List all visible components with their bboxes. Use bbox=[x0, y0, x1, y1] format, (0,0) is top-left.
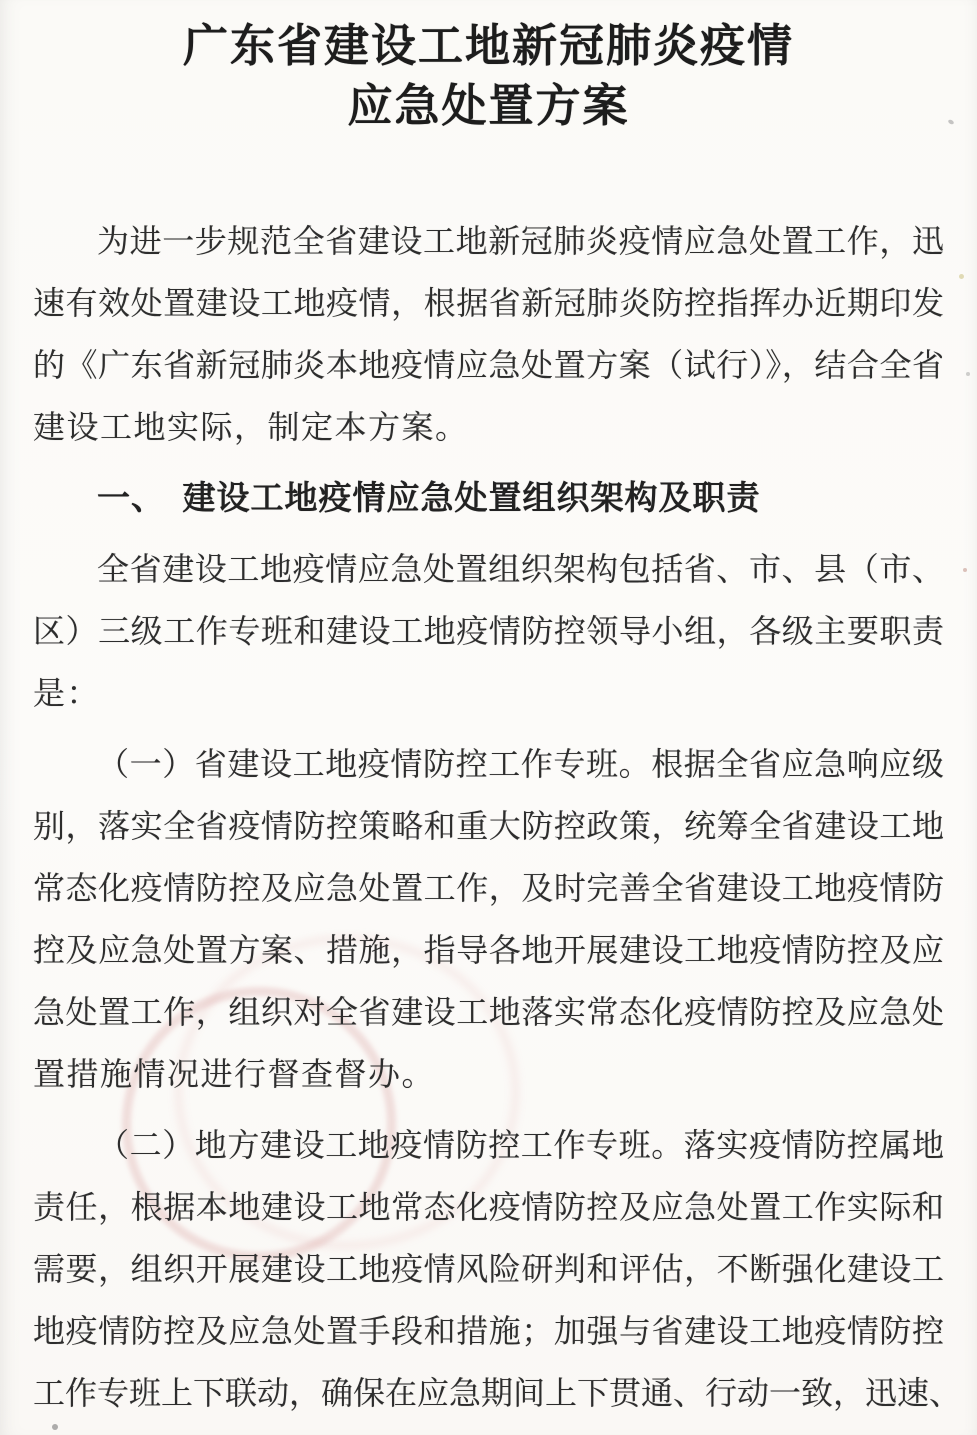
text-line: 常态化疫情防控及应急处置工作，及时完善全省建设工地疫情防 bbox=[33, 857, 944, 919]
scan-speck bbox=[52, 1424, 58, 1430]
text-line: 是： bbox=[33, 662, 944, 724]
paragraph-provincial-taskforce: （一）省建设工地疫情防控工作专班。根据全省应急响应级 别，落实全省疫情防控策略和… bbox=[33, 733, 944, 1105]
section-heading-1: 一、 建设工地疫情应急处置组织架构及职责 bbox=[33, 467, 944, 529]
title-line-1: 广东省建设工地新冠肺炎疫情 bbox=[0, 16, 977, 76]
text-line: 地疫情防控及应急处置手段和措施；加强与省建设工地疫情防控 bbox=[33, 1300, 944, 1362]
text-line: 速有效处置建设工地疫情，根据省新冠肺炎防控指挥办近期印发 bbox=[33, 272, 944, 334]
text-line: 急处置工作，组织对全省建设工地落实常态化疫情防控及应急处 bbox=[33, 981, 944, 1043]
paragraph-local-taskforce: （二）地方建设工地疫情防控工作专班。落实疫情防控属地 责任，根据本地建设工地常态… bbox=[33, 1114, 944, 1424]
text-line: 区）三级工作专班和建设工地疫情防控领导小组，各级主要职责 bbox=[33, 600, 944, 662]
text-line: 工作专班上下联动，确保在应急期间上下贯通、行动一致，迅速、 bbox=[33, 1362, 944, 1424]
paragraph-intro: 为进一步规范全省建设工地新冠肺炎疫情应急处置工作，迅 速有效处置建设工地疫情，根… bbox=[33, 210, 944, 458]
document-title: 广东省建设工地新冠肺炎疫情 应急处置方案 bbox=[0, 0, 977, 136]
text-line: 别，落实全省疫情防控策略和重大防控政策，统筹全省建设工地 bbox=[33, 795, 944, 857]
text-line: 责任，根据本地建设工地常态化疫情防控及应急处置工作实际和 bbox=[33, 1176, 944, 1238]
document-body: 为进一步规范全省建设工地新冠肺炎疫情应急处置工作，迅 速有效处置建设工地疫情，根… bbox=[0, 210, 977, 1424]
text-line: 为进一步规范全省建设工地新冠肺炎疫情应急处置工作，迅 bbox=[33, 210, 944, 272]
text-line: 建设工地实际，制定本方案。 bbox=[33, 396, 944, 458]
text-line: （二）地方建设工地疫情防控工作专班。落实疫情防控属地 bbox=[33, 1114, 944, 1176]
text-line: 控及应急处置方案、措施，指导各地开展建设工地疫情防控及应 bbox=[33, 919, 944, 981]
text-line: 的《广东省新冠肺炎本地疫情应急处置方案（试行）》，结合全省 bbox=[33, 334, 944, 396]
paragraph-structure-overview: 全省建设工地疫情应急处置组织架构包括省、市、县（市、 区）三级工作专班和建设工地… bbox=[33, 538, 944, 724]
title-line-2: 应急处置方案 bbox=[0, 76, 977, 136]
text-line: 置措施情况进行督查督办。 bbox=[33, 1043, 944, 1105]
scanned-document-page: 广东省建设工地新冠肺炎疫情 应急处置方案 为进一步规范全省建设工地新冠肺炎疫情应… bbox=[0, 0, 977, 1435]
text-line: （一）省建设工地疫情防控工作专班。根据全省应急响应级 bbox=[33, 733, 944, 795]
text-line: 需要，组织开展建设工地疫情风险研判和评估，不断强化建设工 bbox=[33, 1238, 944, 1300]
text-line: 全省建设工地疫情应急处置组织架构包括省、市、县（市、 bbox=[33, 538, 944, 600]
